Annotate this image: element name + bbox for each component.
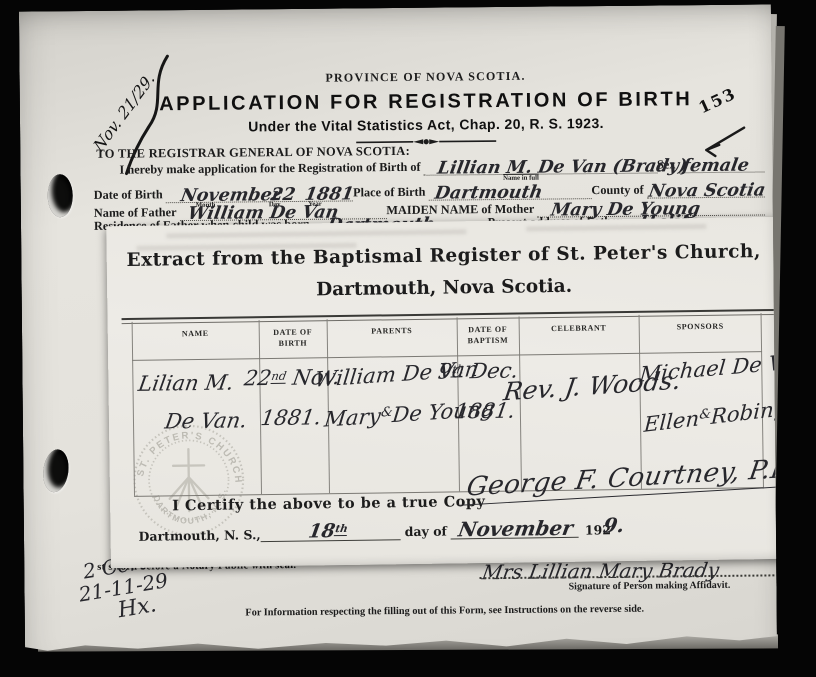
- extract-title-line2: Dartmouth, Nova Scotia.: [107, 273, 781, 303]
- sex-field: female: [678, 157, 764, 173]
- ink-bleedthrough: [526, 224, 706, 232]
- field-label-county: County of: [591, 183, 646, 200]
- cell-birth-year: 1881.: [259, 407, 323, 429]
- extract-place: Dartmouth, N. S.,: [138, 527, 260, 544]
- cell-name-line2: De Van.: [163, 410, 248, 432]
- baptismal-extract-sheet: Extract from the Baptismal Register of S…: [106, 217, 785, 568]
- punch-hole: [47, 174, 72, 217]
- col-header-celebrant: CELEBRANT: [519, 323, 639, 335]
- field-label-pob: Place of Birth: [353, 185, 429, 202]
- cell-sponsors-line2: Ellen&Robingston.: [643, 392, 816, 436]
- field-label-application: I hereby make application for the Regist…: [93, 160, 423, 179]
- sex-value: female: [681, 157, 750, 175]
- name-value: Lillian M. De Van (Brady): [436, 158, 688, 178]
- certify-statement: I Certify the above to be a true Copy: [172, 493, 485, 514]
- footer-instructions: For Information respecting the filling o…: [155, 603, 735, 620]
- ink-bleedthrough: [166, 229, 466, 238]
- day-line: 18th: [261, 527, 401, 542]
- form-title: APPLICATION FOR REGISTRATION OF BIRTH: [120, 88, 732, 117]
- month-value: November: [457, 516, 575, 542]
- day-value: 18th: [307, 520, 349, 543]
- year-written: 9.: [602, 513, 627, 537]
- day-of-label: day of: [401, 523, 451, 540]
- col-header-date-of-birth: DATE OF BIRTH: [259, 327, 327, 350]
- punch-hole: [41, 448, 71, 494]
- col-header-date-of-baptism: DATE OF BAPTISM: [457, 325, 519, 347]
- form-subtitle: Under the Vital Statistics Act, Chap. 20…: [120, 114, 732, 136]
- table-line: [327, 319, 331, 493]
- county-field: Nova Scotia: [647, 182, 765, 198]
- col-header-sponsors: SPONSORS: [639, 321, 762, 334]
- pob-field: Dartmouth: [428, 184, 591, 201]
- form-header: PROVINCE OF NOVA SCOTIA. APPLICATION FOR…: [120, 67, 733, 150]
- birth-registration-form: Nov. 21/29. 153 PROVINCE OF NOVA SCOTIA.…: [19, 4, 777, 653]
- cell-name-line1: Lilian M.: [137, 372, 235, 394]
- cell-sponsors-line1: Michael De Van: [639, 351, 809, 386]
- month-line: November: [451, 525, 579, 540]
- field-label-dob: Date of Birth: [94, 187, 166, 204]
- name-field: Lillian M. De Van (Brady) Name in full: [424, 159, 658, 176]
- col-header-name: NAME: [132, 328, 259, 341]
- col-header-parents: PARENTS: [327, 325, 457, 338]
- province-heading: PROVINCE OF NOVA SCOTIA.: [120, 67, 732, 88]
- affidavit-caption: Signature of Person making Affidavit.: [524, 579, 774, 592]
- scanned-document-photo: Nov. 21/29. 153 PROVINCE OF NOVA SCOTIA.…: [0, 0, 816, 677]
